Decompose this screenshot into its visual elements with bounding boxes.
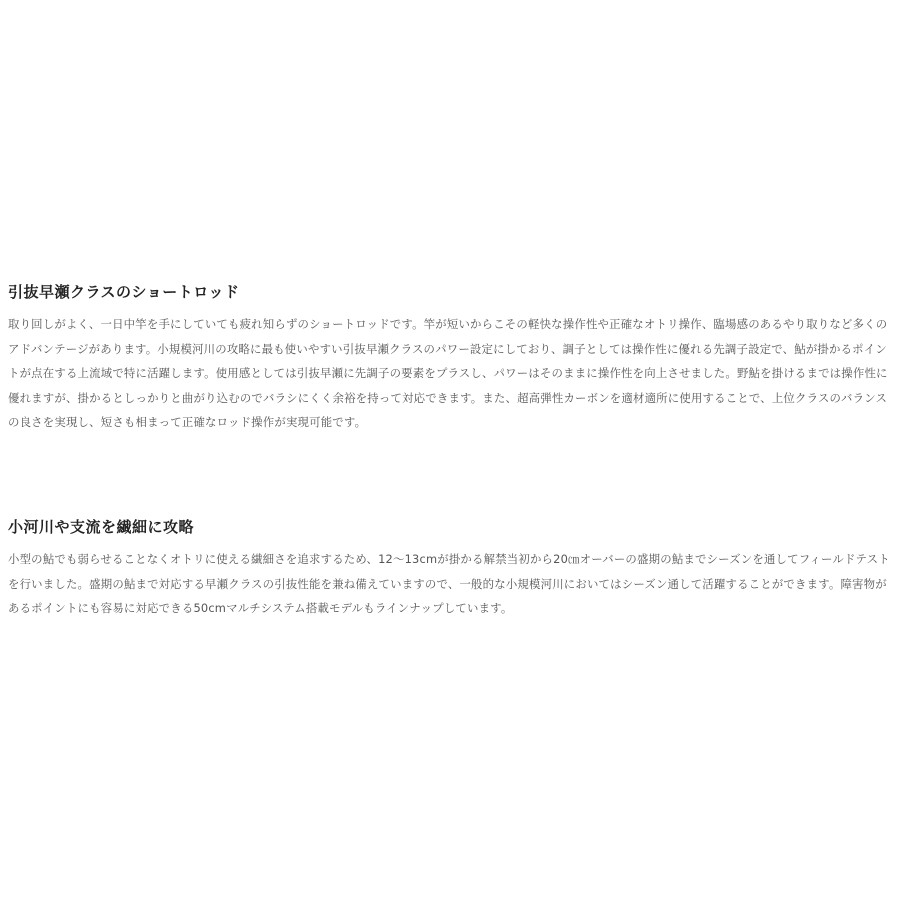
section-body-text: 小型の鮎でも弱らせることなくオトリに使える繊細さを追求するため、12〜13cmが… xyxy=(8,547,898,621)
section-body-text: 取り回しがよく、一日中竿を手にしていても疲れ知らずのショートロッドです。竿が短い… xyxy=(8,312,898,435)
section-heading: 小河川や支流を繊細に攻略 xyxy=(8,517,898,537)
section-short-rod: 引抜早瀬クラスのショートロッド 取り回しがよく、一日中竿を手にしていても疲れ知ら… xyxy=(8,282,898,435)
section-heading: 引抜早瀬クラスのショートロッド xyxy=(8,282,898,302)
section-small-rivers: 小河川や支流を繊細に攻略 小型の鮎でも弱らせることなくオトリに使える繊細さを追求… xyxy=(8,517,898,621)
